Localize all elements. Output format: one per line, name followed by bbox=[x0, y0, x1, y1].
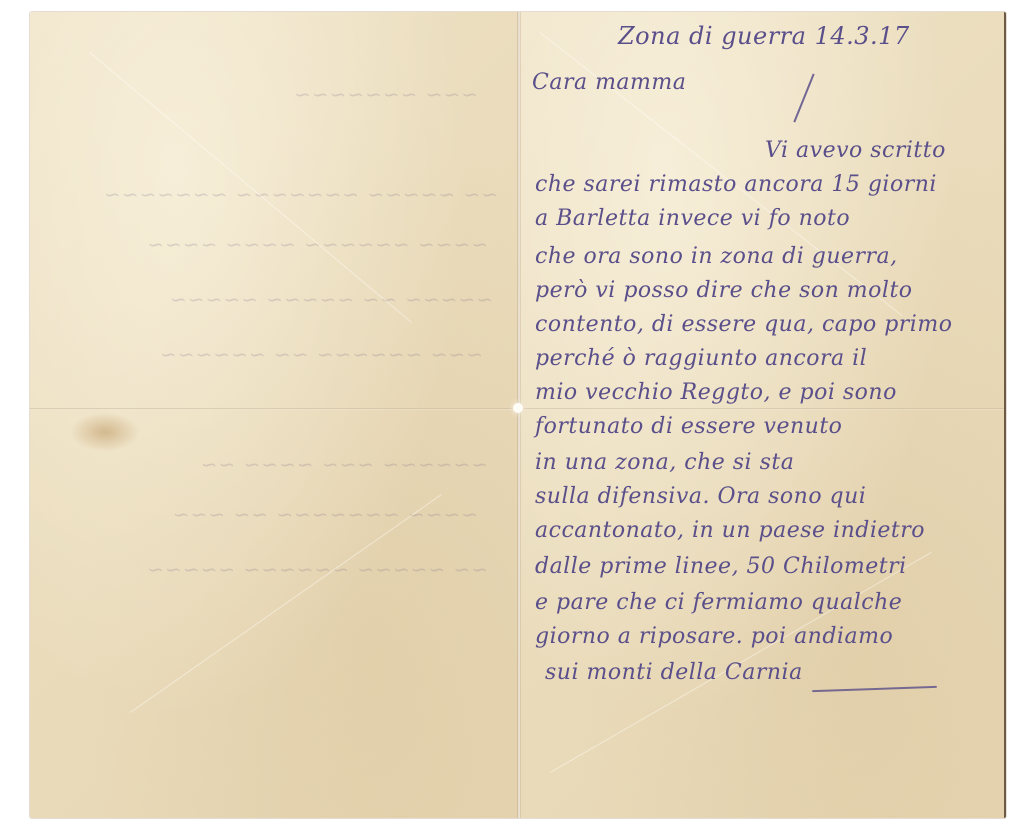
bleed-line: ~~~~~ ~~ ~~~~~ ~~~~~ bbox=[169, 287, 493, 311]
letter-line: che ora sono in zona di guerra, bbox=[535, 244, 898, 269]
left-page: ~~~ ~~~~~~~ ~~ ~~~~~ ~~~~~~~ ~~~~~~~ ~~~… bbox=[30, 12, 518, 818]
letter-salutation: Cara mamma bbox=[532, 70, 686, 95]
bleed-line: ~~ ~~~~~ ~~~~~~ ~~~~~ bbox=[146, 557, 488, 581]
letter-line: sulla difensiva. Ora sono qui bbox=[535, 484, 866, 509]
letter-line: Vi avevo scritto bbox=[765, 138, 946, 163]
bleed-line: ~~~ ~~~~~~~ bbox=[293, 82, 478, 106]
letter-line: accantonato, in un paese indietro bbox=[535, 518, 925, 543]
letter-line: perché ò raggiunto ancora il bbox=[535, 346, 867, 371]
letter-line: che sarei rimasto ancora 15 giorni bbox=[535, 172, 937, 197]
bleed-line: ~~ ~~~~~ ~~~~~~~ ~~~~~~~ bbox=[103, 182, 498, 206]
letter-header: Zona di guerra 14.3.17 bbox=[618, 22, 910, 50]
letter-line: mio vecchio Reggto, e poi sono bbox=[535, 380, 897, 405]
letter-line: sui monti della Carnia bbox=[545, 660, 803, 685]
letter-line: in una zona, che si sta bbox=[535, 450, 794, 475]
letter-line: a Barletta invece vi fo noto bbox=[535, 206, 850, 231]
letter-line: e pare che ci fermiamo qualche bbox=[535, 590, 902, 615]
letter-sheet: ~~~ ~~~~~~~ ~~ ~~~~~ ~~~~~~~ ~~~~~~~ ~~~… bbox=[30, 12, 1004, 818]
letter-line: contento, di essere qua, capo primo bbox=[535, 312, 952, 337]
vertical-fold bbox=[517, 12, 521, 818]
bleed-line: ~~~~~~ ~~~ ~~~~ ~~ bbox=[200, 452, 488, 476]
bleed-line: ~~~~ ~~~~~~~ ~~ ~~~ bbox=[172, 502, 478, 526]
letter-line: dalle prime linee, 50 Chilometri bbox=[535, 554, 907, 579]
letter-line: giorno a riposare. poi andiamo bbox=[535, 624, 893, 649]
letter-line: fortunato di essere venuto bbox=[535, 414, 842, 439]
water-stain bbox=[70, 412, 140, 452]
fold-wear-hole bbox=[513, 403, 523, 413]
letter-line: però vi posso dire che son molto bbox=[535, 278, 913, 303]
bleed-line: ~~~ ~~~~~~ ~~ ~~~~~~ bbox=[159, 342, 483, 366]
